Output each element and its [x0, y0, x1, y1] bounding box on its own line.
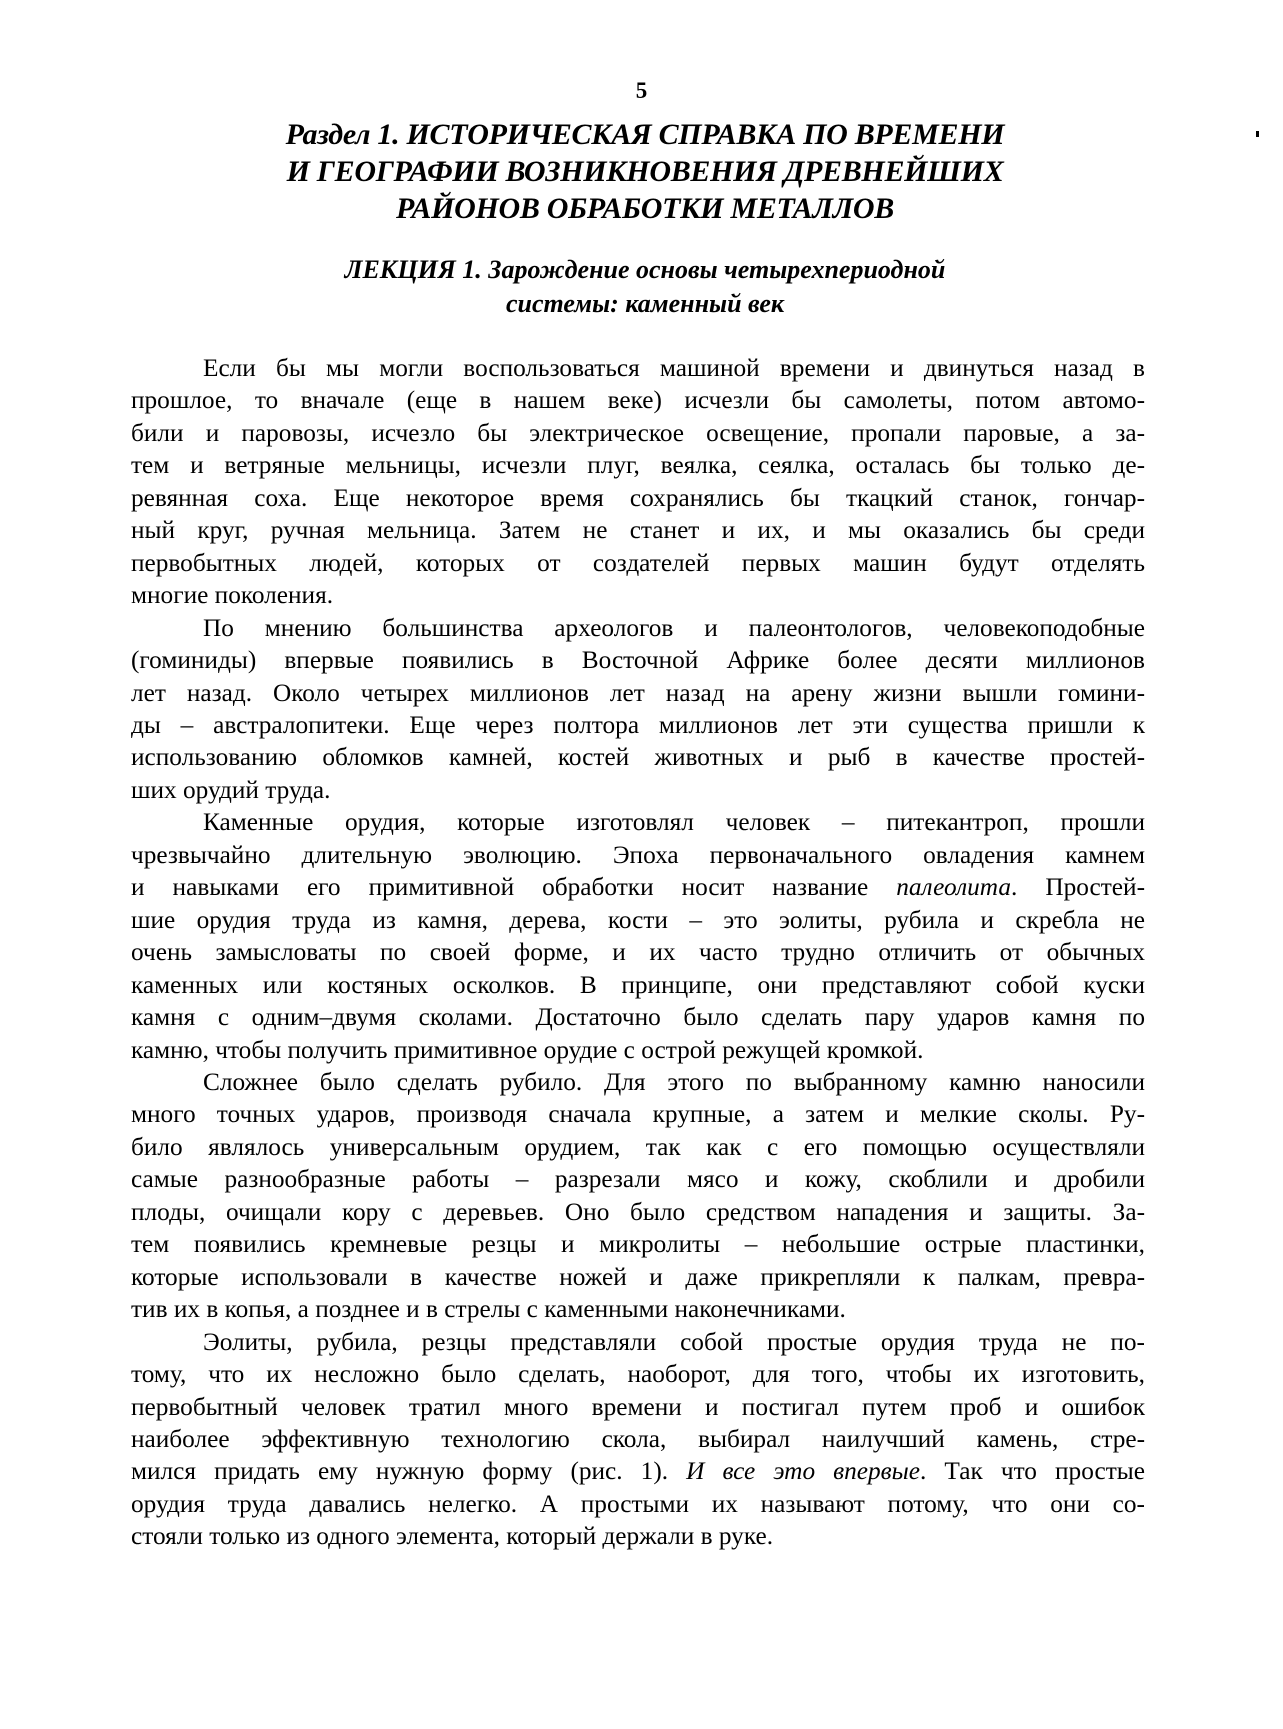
text-line: Сложнее было сделать рубило. Для этого п… [131, 1066, 1145, 1098]
text-line: много точных ударов, производя сначала к… [131, 1098, 1145, 1130]
section-title: Раздел 1. ИСТОРИЧЕСКАЯ СПРАВКА ПО ВРЕМЕН… [250, 116, 1040, 227]
emphasis: палеолита [896, 873, 1011, 901]
text-line: ный круг, ручная мельница. Затем не стан… [131, 514, 1145, 546]
text-line: использованию обломков камней, костей жи… [131, 741, 1145, 773]
body-text: Если бы мы могли воспользоваться машиной… [131, 352, 1145, 1553]
scan-speck [1256, 131, 1259, 137]
text-line: били и паровозы, исчезло бы электрическо… [131, 417, 1145, 449]
lecture-title-line: системы: каменный век [250, 287, 1040, 321]
text-line: первобытный человек тратил много времени… [131, 1391, 1145, 1423]
lecture-title: ЛЕКЦИЯ 1. Зарождение основы четырехперио… [250, 253, 1040, 321]
text-line: и навыками его примитивной обработки нос… [131, 871, 1145, 903]
emphasis: И все это впервые [686, 1457, 920, 1485]
paragraph: Если бы мы могли воспользоваться машиной… [131, 352, 1145, 612]
lecture-title-line: ЛЕКЦИЯ 1. Зарождение основы четырехперио… [250, 253, 1040, 287]
text-line: мился придать ему нужную форму (рис. 1).… [131, 1455, 1145, 1487]
text-line: било являлось универсальным орудием, так… [131, 1131, 1145, 1163]
text-line: тому, что их несложно было сделать, наоб… [131, 1358, 1145, 1390]
text-line: лет назад. Около четырех миллионов лет н… [131, 677, 1145, 709]
section-title-line: РАЙОНОВ ОБРАБОТКИ МЕТАЛЛОВ [250, 190, 1040, 227]
text-line: прошлое, то вначале (еще в нашем веке) и… [131, 384, 1145, 416]
text-line: Каменные орудия, которые изготовлял чело… [131, 806, 1145, 838]
text-line: орудия труда давались нелегко. А простым… [131, 1488, 1145, 1520]
text-line: тем появились кремневые резцы и микролит… [131, 1228, 1145, 1260]
text-line: Эолиты, рубила, резцы представляли собой… [131, 1326, 1145, 1358]
text-line: ревянная соха. Еще некоторое время сохра… [131, 482, 1145, 514]
paragraph: Каменные орудия, которые изготовлял чело… [131, 806, 1145, 1066]
text-line: очень замысловаты по своей форме, и их ч… [131, 936, 1145, 968]
text-line: чрезвычайно длительную эволюцию. Эпоха п… [131, 839, 1145, 871]
text-line: наиболее эффективную технологию скола, в… [131, 1423, 1145, 1455]
text-line: По мнению большинства археологов и палео… [131, 612, 1145, 644]
text-line: тем и ветряные мельницы, исчезли плуг, в… [131, 449, 1145, 481]
text-line: многие поколения. [131, 579, 1145, 611]
text-line: которые использовали в качестве ножей и … [131, 1261, 1145, 1293]
page-number: 5 [0, 78, 1283, 104]
text-line: тив их в копья, а позднее и в стрелы с к… [131, 1293, 1145, 1325]
paragraph: Эолиты, рубила, резцы представляли собой… [131, 1326, 1145, 1553]
text-line: шие орудия труда из камня, дерева, кости… [131, 904, 1145, 936]
paragraph: По мнению большинства археологов и палео… [131, 612, 1145, 807]
text-line: плоды, очищали кору с деревьев. Оно было… [131, 1196, 1145, 1228]
text-line: стояли только из одного элемента, которы… [131, 1520, 1145, 1552]
text-line: Если бы мы могли воспользоваться машиной… [131, 352, 1145, 384]
paragraph: Сложнее было сделать рубило. Для этого п… [131, 1066, 1145, 1326]
text-line: каменных или костяных осколков. В принци… [131, 969, 1145, 1001]
section-title-line: Раздел 1. ИСТОРИЧЕСКАЯ СПРАВКА ПО ВРЕМЕН… [250, 116, 1040, 153]
text-line: самые разнообразные работы – разрезали м… [131, 1163, 1145, 1195]
text-line: (гоминиды) впервые появились в Восточной… [131, 644, 1145, 676]
text-line: камню, чтобы получить примитивное орудие… [131, 1034, 1145, 1066]
text-line: ших орудий труда. [131, 774, 1145, 806]
section-title-line: И ГЕОГРАФИИ ВОЗНИКНОВЕНИЯ ДРЕВНЕЙШИХ [250, 153, 1040, 190]
text-line: камня с одним–двумя сколами. Достаточно … [131, 1001, 1145, 1033]
text-line: ды – австралопитеки. Еще через полтора м… [131, 709, 1145, 741]
text-line: первобытных людей, которых от создателей… [131, 547, 1145, 579]
